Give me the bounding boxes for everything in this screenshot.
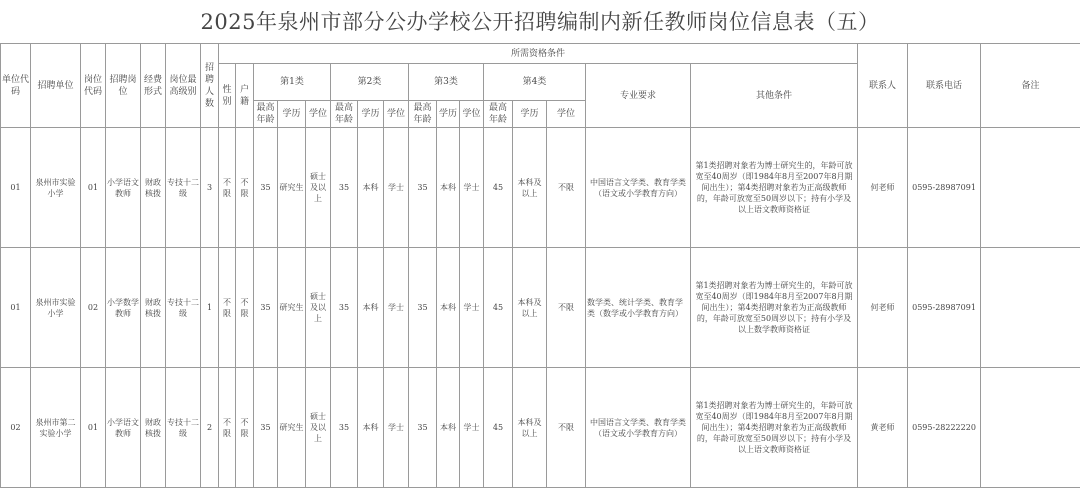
unit-code: 01	[1, 128, 31, 248]
header-c4-deg: 学位	[547, 101, 586, 128]
header-unit-code: 单位代码	[1, 44, 31, 128]
c2-age: 35	[331, 128, 358, 248]
header-c3-deg: 学位	[460, 101, 484, 128]
contact: 何老师	[858, 248, 908, 368]
gender: 不限	[219, 248, 236, 368]
gender: 不限	[219, 368, 236, 488]
headcount: 1	[201, 248, 219, 368]
headcount: 3	[201, 128, 219, 248]
header-headcount: 招聘人数	[201, 44, 219, 128]
table-row: 01 泉州市实验小学 01 小学语文教师 财政核拨 专技十二级 3 不限 不限 …	[1, 128, 1080, 248]
other-conditions: 第1类招聘对象若为博士研究生的，年龄可放宽至40周岁（即1984年8月至2007…	[691, 368, 858, 488]
c1-age: 35	[254, 368, 278, 488]
header-post-code: 岗位代码	[81, 44, 106, 128]
header-c1-deg: 学位	[306, 101, 331, 128]
c4-edu: 本科及以上	[513, 128, 547, 248]
c2-deg: 学士	[384, 128, 409, 248]
other-conditions: 第1类招聘对象若为博士研究生的，年龄可放宽至40周岁（即1984年8月至2007…	[691, 128, 858, 248]
c3-age: 35	[409, 128, 437, 248]
max-level: 专技十二级	[166, 128, 201, 248]
c1-deg: 硕士及以上	[306, 248, 331, 368]
major: 数学类、统计学类、教育学类（数学或小学教育方向）	[586, 248, 691, 368]
c3-age: 35	[409, 368, 437, 488]
c4-deg: 不限	[547, 128, 586, 248]
gender: 不限	[219, 128, 236, 248]
c4-deg: 不限	[547, 368, 586, 488]
c4-edu: 本科及以上	[513, 368, 547, 488]
header-gender: 性别	[219, 64, 236, 128]
c3-edu: 本科	[437, 248, 460, 368]
phone: 0595-28987091	[908, 248, 981, 368]
post-code: 01	[81, 128, 106, 248]
header-funding: 经费形式	[141, 44, 166, 128]
post-name: 小学数学教师	[106, 248, 141, 368]
c1-age: 35	[254, 248, 278, 368]
header-c3-edu: 学历	[437, 101, 460, 128]
header-c2-deg: 学位	[384, 101, 409, 128]
header-cat2: 第2类	[331, 64, 409, 101]
contact: 何老师	[858, 128, 908, 248]
c3-edu: 本科	[437, 128, 460, 248]
phone: 0595-28987091	[908, 128, 981, 248]
c4-edu: 本科及以上	[513, 248, 547, 368]
c1-deg: 硕士及以上	[306, 368, 331, 488]
c1-edu: 研究生	[278, 128, 306, 248]
c2-age: 35	[331, 368, 358, 488]
major: 中国语言文学类、教育学类（语文或小学教育方向）	[586, 128, 691, 248]
c4-age: 45	[484, 368, 513, 488]
header-c3-age: 最高年龄	[409, 101, 437, 128]
header-unit-name: 招聘单位	[31, 44, 81, 128]
unit-name: 泉州市实验小学	[31, 248, 81, 368]
max-level: 专技十二级	[166, 368, 201, 488]
c1-edu: 研究生	[278, 368, 306, 488]
remarks	[981, 128, 1080, 248]
table-row: 02 泉州市第二实验小学 01 小学语文教师 财政核拨 专技十二级 2 不限 不…	[1, 368, 1080, 488]
table-row: 01 泉州市实验小学 02 小学数学教师 财政核拨 专技十二级 1 不限 不限 …	[1, 248, 1080, 368]
major: 中国语言文学类、教育学类（语文或小学教育方向）	[586, 368, 691, 488]
header-c1-age: 最高年龄	[254, 101, 278, 128]
header-contact: 联系人	[858, 44, 908, 128]
header-max-level: 岗位最高级别	[166, 44, 201, 128]
header-cat3: 第3类	[409, 64, 484, 101]
unit-name: 泉州市第二实验小学	[31, 368, 81, 488]
other-conditions: 第1类招聘对象若为博士研究生的，年龄可放宽至40周岁（即1984年8月至2007…	[691, 248, 858, 368]
c1-deg: 硕士及以上	[306, 128, 331, 248]
c2-edu: 本科	[358, 368, 384, 488]
c2-deg: 学士	[384, 248, 409, 368]
c1-age: 35	[254, 128, 278, 248]
c2-deg: 学士	[384, 368, 409, 488]
header-cat1: 第1类	[254, 64, 331, 101]
hukou: 不限	[236, 248, 254, 368]
header-c4-age: 最高年龄	[484, 101, 513, 128]
funding: 财政核拨	[141, 128, 166, 248]
header-c1-edu: 学历	[278, 101, 306, 128]
c3-deg: 学士	[460, 248, 484, 368]
header-hukou: 户籍	[236, 64, 254, 128]
post-name: 小学语文教师	[106, 128, 141, 248]
header-row-1: 单位代码 招聘单位 岗位代码 招聘岗位 经费形式 岗位最高级别 招聘人数 所需资…	[1, 44, 1080, 64]
header-remarks: 备注	[981, 44, 1080, 128]
post-code: 01	[81, 368, 106, 488]
unit-code: 02	[1, 368, 31, 488]
hukou: 不限	[236, 368, 254, 488]
header-qualifications: 所需资格条件	[219, 44, 858, 64]
c3-age: 35	[409, 248, 437, 368]
header-c4-edu: 学历	[513, 101, 547, 128]
phone: 0595-28222220	[908, 368, 981, 488]
header-c2-age: 最高年龄	[331, 101, 358, 128]
c3-deg: 学士	[460, 128, 484, 248]
c2-edu: 本科	[358, 248, 384, 368]
hukou: 不限	[236, 128, 254, 248]
job-table: 单位代码 招聘单位 岗位代码 招聘岗位 经费形式 岗位最高级别 招聘人数 所需资…	[0, 43, 1080, 487]
header-major: 专业要求	[586, 64, 691, 128]
header-phone: 联系电话	[908, 44, 981, 128]
c2-age: 35	[331, 248, 358, 368]
c2-edu: 本科	[358, 128, 384, 248]
max-level: 专技十二级	[166, 248, 201, 368]
header-c2-edu: 学历	[358, 101, 384, 128]
header-cat4: 第4类	[484, 64, 586, 101]
c3-deg: 学士	[460, 368, 484, 488]
c4-deg: 不限	[547, 248, 586, 368]
post-name: 小学语文教师	[106, 368, 141, 488]
c3-edu: 本科	[437, 368, 460, 488]
header-other: 其他条件	[691, 64, 858, 128]
unit-code: 01	[1, 248, 31, 368]
c1-edu: 研究生	[278, 248, 306, 368]
funding: 财政核拨	[141, 368, 166, 488]
post-code: 02	[81, 248, 106, 368]
c4-age: 45	[484, 128, 513, 248]
remarks	[981, 248, 1080, 368]
c4-age: 45	[484, 248, 513, 368]
contact: 黄老师	[858, 368, 908, 488]
page-title: 2025年泉州市部分公办学校公开招聘编制内新任教师岗位信息表（五）	[0, 0, 1080, 43]
headcount: 2	[201, 368, 219, 488]
unit-name: 泉州市实验小学	[31, 128, 81, 248]
header-post-name: 招聘岗位	[106, 44, 141, 128]
remarks	[981, 368, 1080, 488]
funding: 财政核拨	[141, 248, 166, 368]
